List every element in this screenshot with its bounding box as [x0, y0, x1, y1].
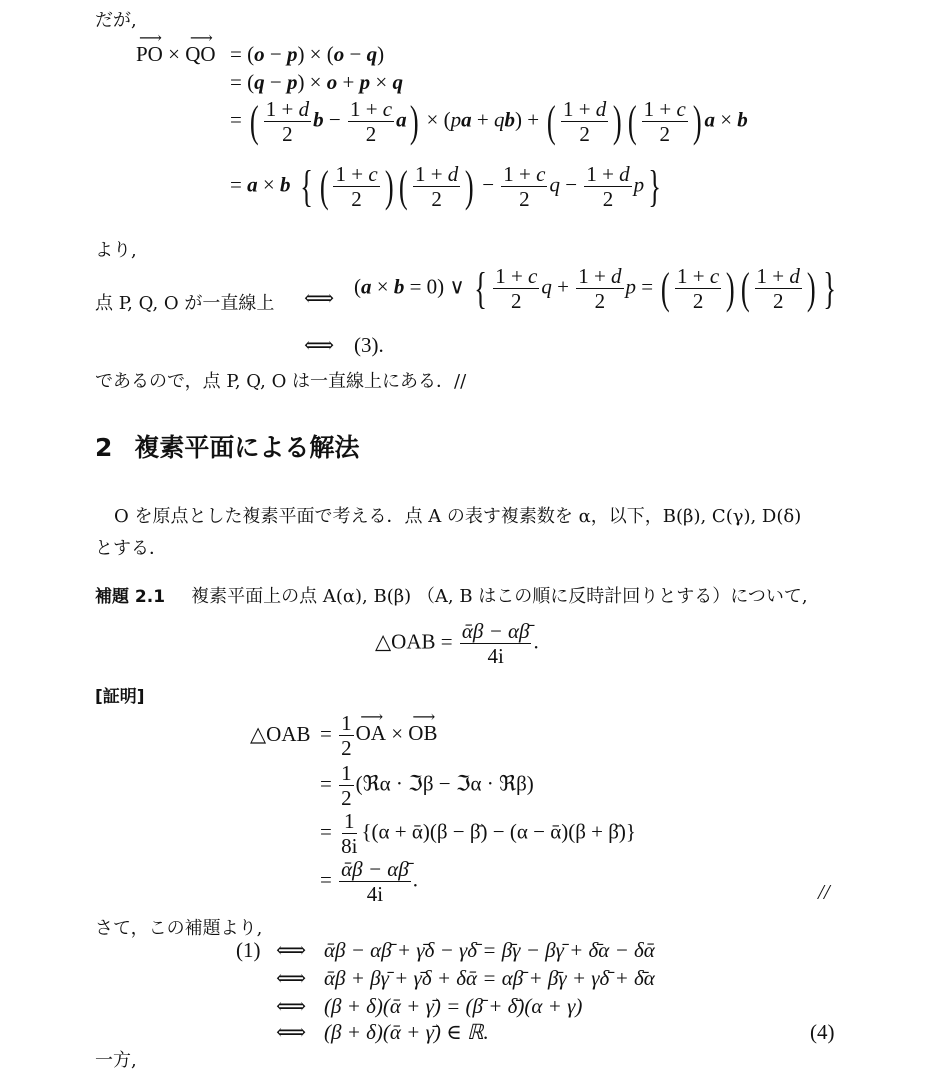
equation-line-1: = (o − p) × (o − q) [230, 42, 384, 67]
text-daga: だが, [95, 6, 137, 32]
collinear-rhs-2: (3). [354, 333, 384, 358]
lemma-formula-denominator: 4i [485, 644, 505, 667]
equiv-line-4: (β + δ)(ᾱ + γ̄) ∈ ℝ. [324, 1020, 489, 1045]
conclusion-text: であるので，点 P, Q, O は一直線上にある．// [95, 367, 466, 393]
equation-line-4: = a × b {(1 + c2)(1 + d2) − 1 + c2q − 1 … [230, 163, 665, 210]
section-heading: 2複素平面による解法 [95, 428, 359, 464]
cross-product-lhs: PO × QO [136, 42, 216, 67]
section-title: 複素平面による解法 [134, 433, 359, 462]
iff-symbol-1: ⟺ [304, 286, 334, 311]
text-ippou: 一方, [95, 1046, 137, 1072]
section-number: 2 [95, 433, 112, 462]
iff-symbol-eq2: ⟺ [276, 966, 306, 991]
proof-step-1: = 12OA × OB [320, 712, 437, 759]
vector-qo: QO [185, 42, 215, 67]
proof-step-4-numerator: ᾱβ − αβ̄ [339, 858, 411, 882]
proof-step-3-expr: {(α + ᾱ)(β − β̄) − (α − ᾱ)(β + β̄)} [361, 819, 636, 843]
text-sate: さて，この補題より, [95, 914, 262, 940]
iff-symbol-eq1: ⟺ [276, 938, 306, 963]
equiv-line-1: ᾱβ − αβ̄ + γ̄δ − γδ̄ = β̄γ − βγ̄ + δ̄α −… [324, 938, 655, 963]
collinear-rhs-1: (a × b = 0) ∨ {1 + c2q + 1 + d2p = (1 + … [354, 265, 840, 312]
lemma-formula: △OAB = ᾱβ − αβ̄4i. [375, 620, 539, 667]
lemma-formula-numerator: ᾱβ − αβ̄ [460, 620, 532, 644]
lemma-formula-lhs: △OAB = [375, 629, 453, 653]
iff-symbol-eq3: ⟺ [276, 994, 306, 1019]
lemma-text: 複素平面上の点 A(α), B(β) （A, B はこの順に反時計回りとする）に… [191, 586, 808, 607]
iff-symbol-eq4: ⟺ [276, 1020, 306, 1045]
times-symbol: × [168, 42, 180, 66]
proof-step-2-expr: (ℜα · ℑβ − ℑα · ℜβ) [356, 771, 534, 795]
lemma-statement: 補題 2.1 複素平面上の点 A(α), B(β) （A, B はこの順に反時計… [95, 582, 808, 608]
lemma-label: 補題 2.1 [95, 587, 165, 607]
equation-line-2: = (q − p) × o + p × q [230, 70, 403, 95]
equiv-line-3: (β + δ)(ᾱ + γ̄) = (β̄ + δ̄)(α + γ) [324, 994, 582, 1019]
proof-lhs: △OAB [250, 722, 311, 747]
equiv-line-2: ᾱβ + βγ̄ + γ̄δ + δᾱ = αβ̄ + β̄γ + γδ̄ + … [324, 966, 655, 991]
text-yori: より, [95, 236, 137, 262]
paragraph-line-1: O を原点とした複素平面で考える．点 A の表す複素数を α，以下，B(β), … [114, 502, 801, 528]
equation-number-4: (4) [810, 1020, 835, 1045]
proof-step-3: = 18i{(α + ᾱ)(β − β̄) − (α − ᾱ)(β + β̄)} [320, 810, 636, 857]
equation-line-3: = (1 + d2b − 1 + c2a) × (pa + qb) + (1 +… [230, 98, 748, 145]
equiv-lhs: (1) [236, 938, 261, 963]
proof-label: [証明] [95, 682, 145, 707]
proof-step-2: = 12(ℜα · ℑβ − ℑα · ℜβ) [320, 762, 534, 809]
collinear-lhs: 点 P, Q, O が一直線上 [95, 289, 274, 315]
lemma-formula-period: . [533, 629, 538, 653]
qed-mark: // [818, 880, 830, 905]
proof-step-4: = ᾱβ − αβ̄4i. [320, 858, 418, 905]
vector-po: PO [136, 42, 163, 67]
proof-step-4-denominator: 4i [365, 882, 385, 905]
paragraph-line-2: とする． [95, 534, 167, 560]
iff-symbol-2: ⟺ [304, 333, 334, 358]
